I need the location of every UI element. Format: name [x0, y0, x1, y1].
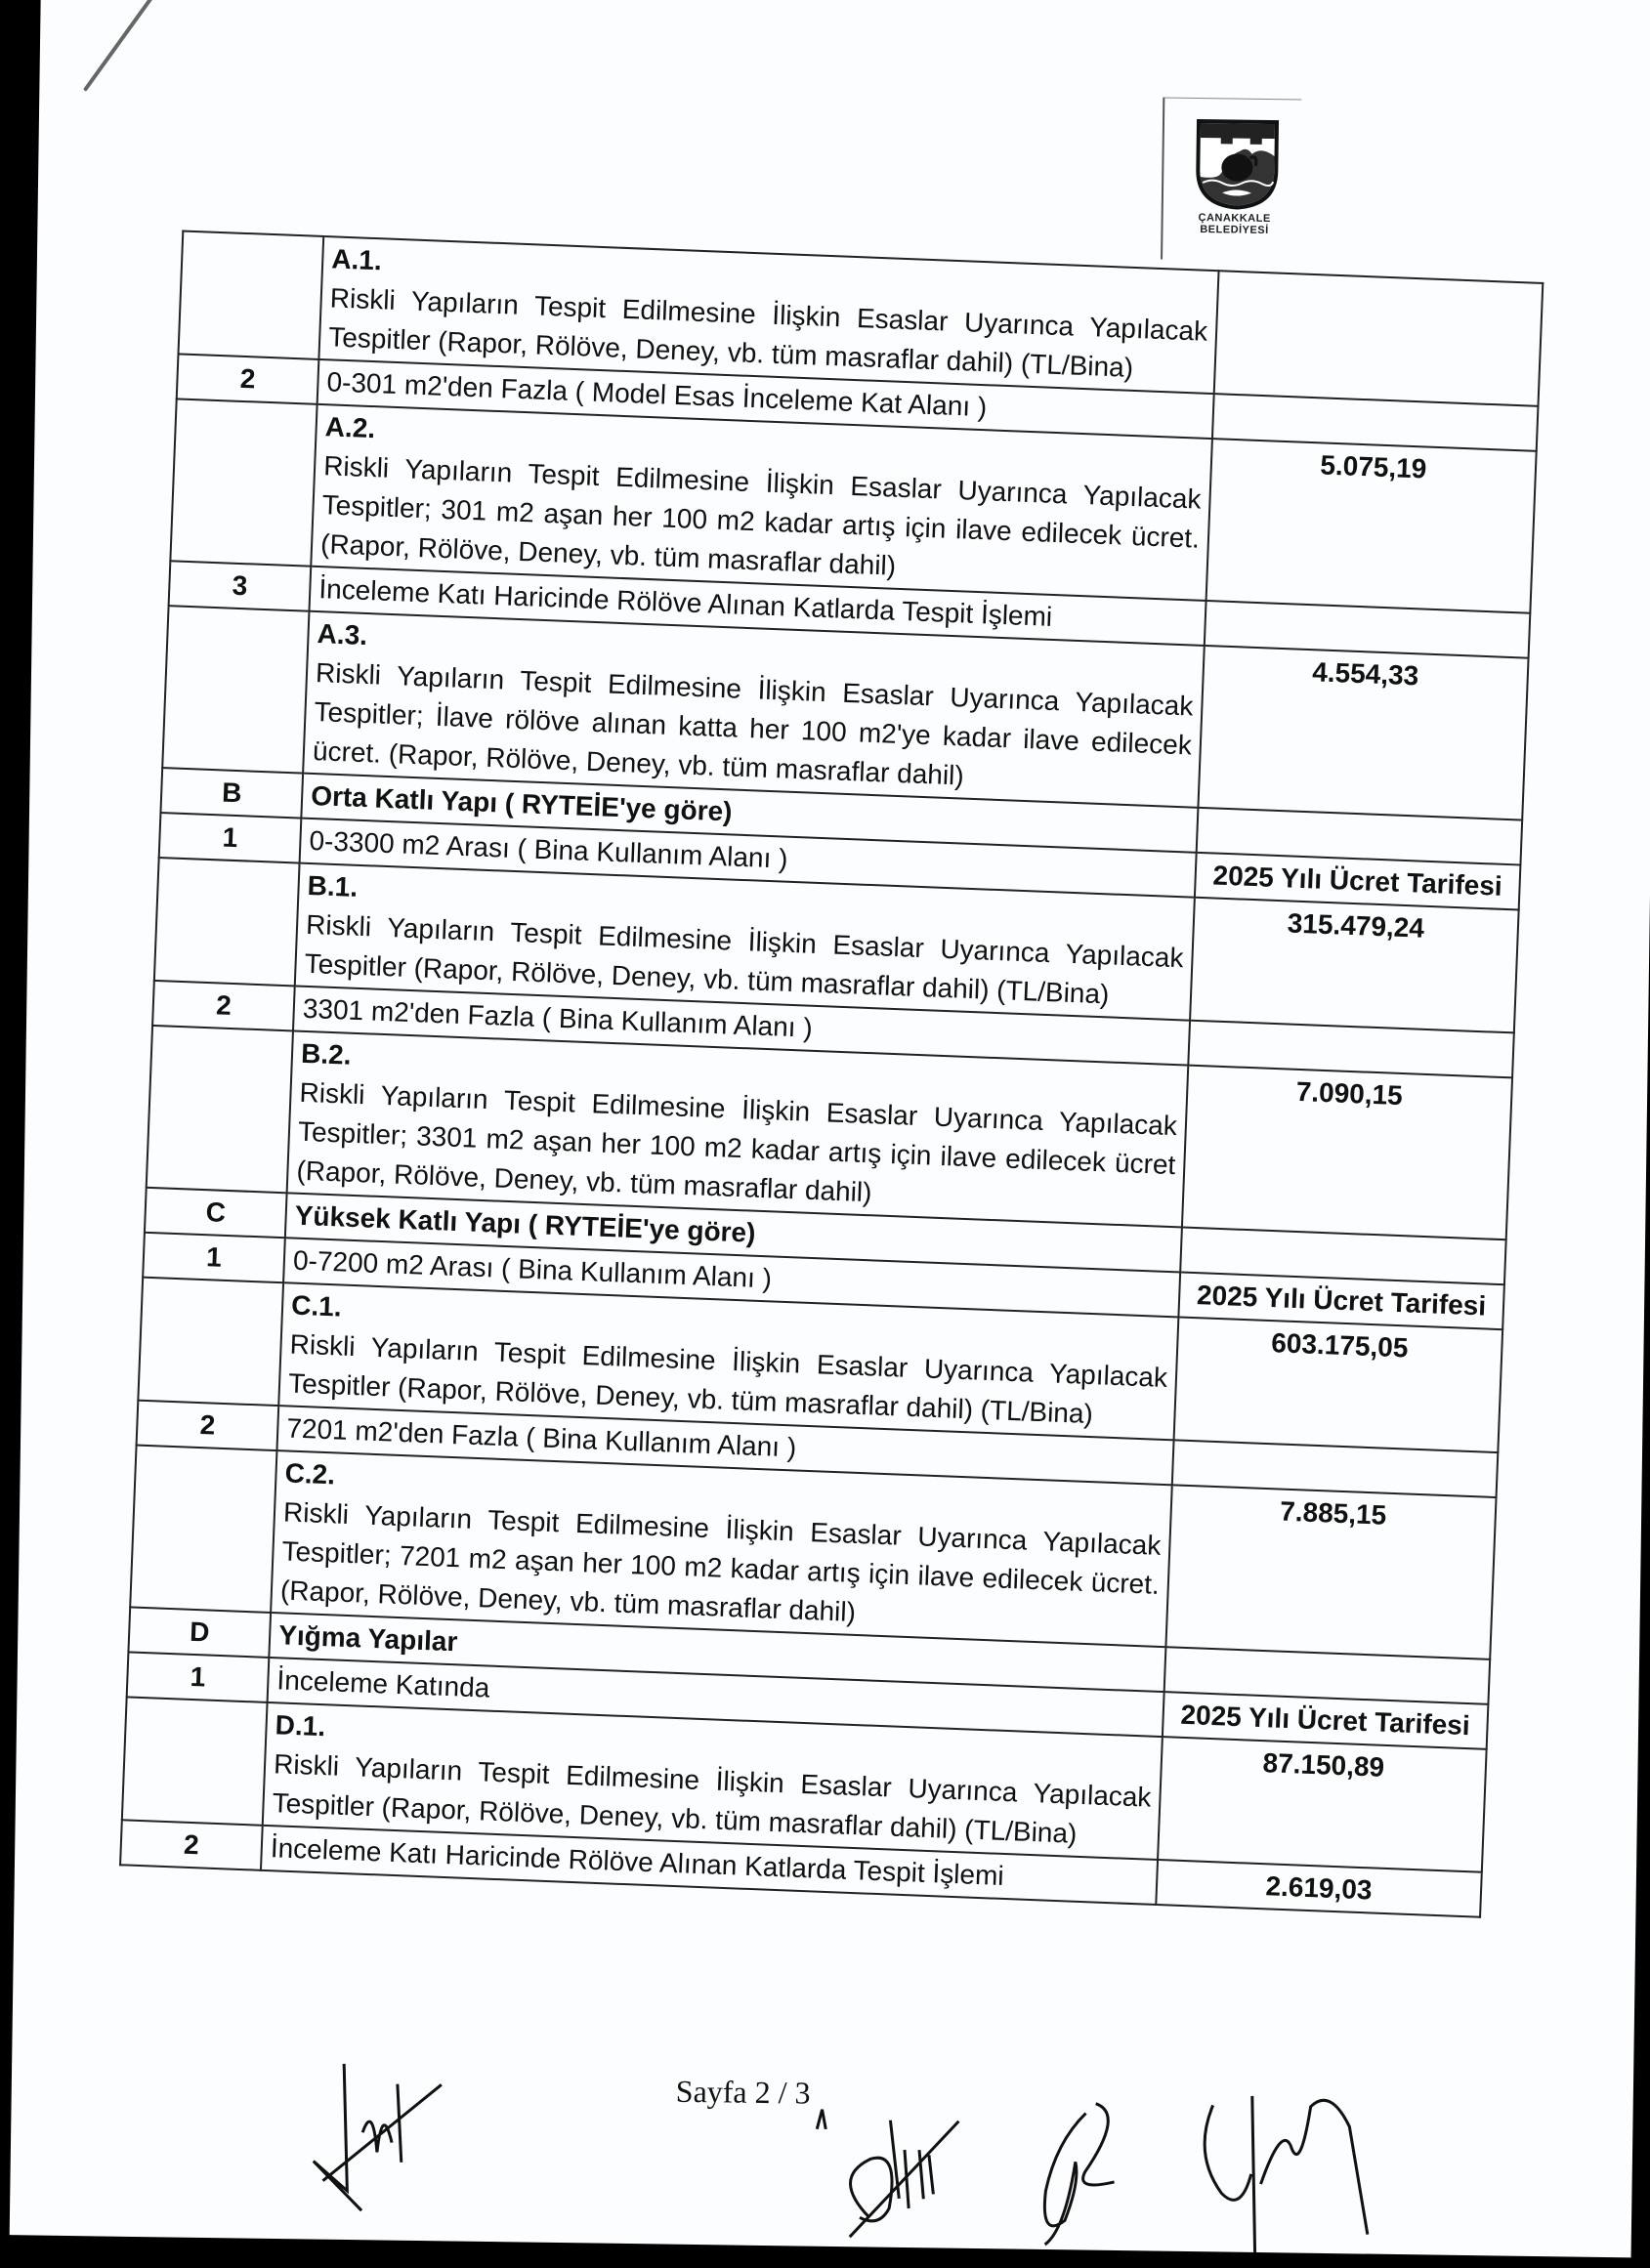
row-number: 1 [143, 1233, 285, 1282]
logo-caption: ÇANAKKALE BELEDİYESİ [1180, 212, 1288, 237]
scanned-page: ÇANAKKALE BELEDİYESİ A.1.Riskli Yapıları… [10, 0, 1650, 2257]
municipality-logo: ÇANAKKALE BELEDİYESİ [1161, 97, 1301, 261]
sub-item-text: İnceleme Katında [276, 1664, 490, 1702]
row-number: 1 [127, 1652, 270, 1701]
signature-2 [811, 2090, 1008, 2249]
row-number: 2 [152, 981, 295, 1030]
row-number: 1 [159, 813, 302, 862]
pen-mark [83, 0, 157, 92]
signature-4 [1182, 2066, 1410, 2254]
row-number [178, 231, 323, 358]
fee-table: A.1.Riskli Yapıların Tespit Edilmesine İ… [119, 230, 1544, 1917]
row-price: 7.090,15 [1182, 1066, 1512, 1240]
row-number [162, 606, 309, 773]
row-number [170, 399, 317, 566]
row-price: 87.150,89 [1158, 1737, 1487, 1872]
row-number [122, 1697, 268, 1825]
section-title: Yığma Yapılar [278, 1619, 458, 1657]
row-number [130, 1446, 276, 1613]
signature-3 [1026, 2083, 1145, 2251]
row-number: 2 [137, 1401, 279, 1450]
row-price: 4.554,33 [1198, 646, 1528, 820]
canakkale-coat-of-arms-icon [1193, 116, 1282, 210]
logo-line-2: BELEDİYESİ [1180, 224, 1288, 237]
row-number: 3 [169, 561, 312, 610]
section-title: Orta Katlı Yapı ( RYTEİE'ye göre) [311, 780, 733, 827]
row-price: 315.479,24 [1190, 898, 1519, 1033]
row-price: 603.175,05 [1173, 1317, 1502, 1452]
row-number: D [128, 1607, 271, 1657]
row-price [1214, 271, 1544, 406]
row-number [138, 1278, 283, 1406]
signature-1 [303, 2043, 461, 2221]
page-number: Sayfa 2 / 3 [676, 2074, 811, 2112]
row-number: 2 [120, 1820, 263, 1869]
row-number [147, 1026, 293, 1193]
row-number: C [145, 1188, 287, 1238]
row-price: 5.075,19 [1206, 439, 1536, 613]
row-number [154, 858, 300, 986]
row-number: B [160, 768, 303, 818]
row-number: 2 [177, 354, 319, 403]
row-price: 7.885,15 [1165, 1485, 1496, 1659]
